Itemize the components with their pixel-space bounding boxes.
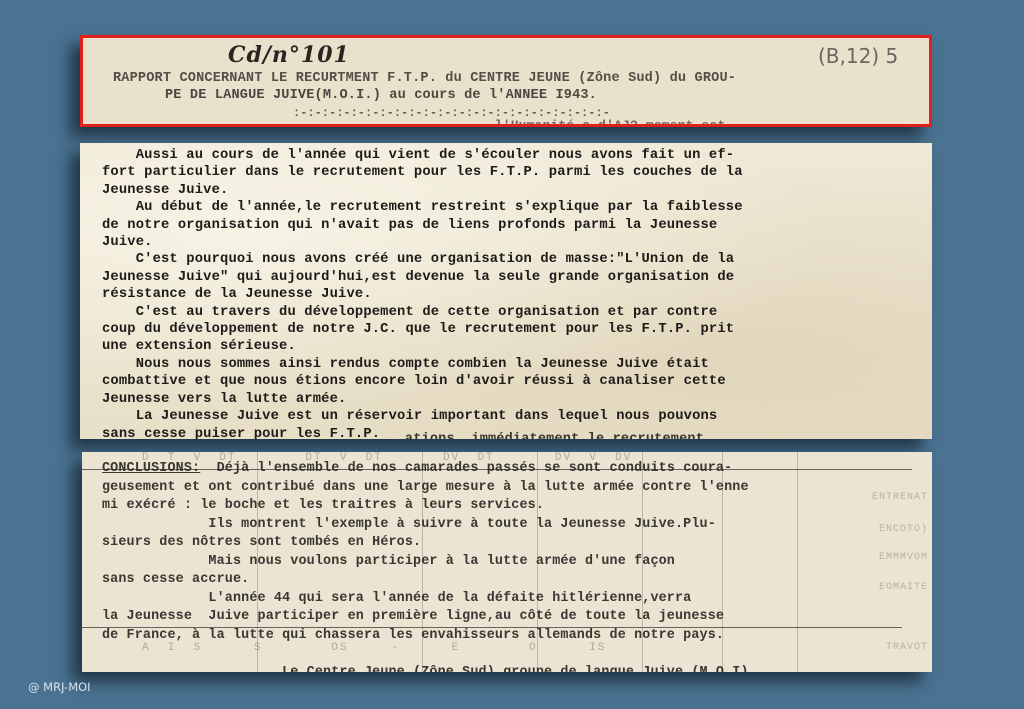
typed-line: fort particulier dans le recrutement pou…	[102, 164, 743, 181]
typed-line	[102, 645, 749, 664]
typed-line: sieurs des nôtres sont tombés en Héros.	[102, 534, 749, 553]
typed-line: Juive.	[102, 234, 743, 251]
form-stamp-text: TRAVOT	[886, 642, 928, 653]
typed-line: la Jeunesse Juive participer en première…	[102, 608, 749, 627]
typed-line: résistance de la Jeunesse Juive.	[102, 286, 743, 303]
typed-line: Aussi au cours de l'année qui vient de s…	[102, 147, 743, 164]
typed-line: Nous nous sommes ainsi rendus compte com…	[102, 356, 743, 373]
copyright-credit: @ MRJ-MOI	[28, 680, 91, 694]
form-stamp-text: ENCOTO)	[879, 524, 928, 535]
typed-line: CONCLUSIONS: Déjà l'ensemble de nos cama…	[102, 460, 749, 479]
typed-line: mi exécré : le boche et les traitres à l…	[102, 497, 749, 516]
conclusion-paragraphs: CONCLUSIONS: Déjà l'ensemble de nos cama…	[102, 460, 749, 672]
conclusion-heading: CONCLUSIONS:	[102, 461, 200, 476]
typed-line: Jeunesse vers la lutte armée.	[102, 391, 743, 408]
typed-line: L'année 44 qui sera l'année de la défait…	[102, 590, 749, 609]
typed-line: Ils montrent l'exemple à suivre à toute …	[102, 516, 749, 535]
typed-line: de France, à la lutte qui chassera les e…	[102, 627, 749, 646]
report-title-line-1: RAPPORT CONCERNANT LE RECURTMENT F.T.P. …	[113, 71, 736, 87]
cut-off-text-line: ... l'Humanité a d'AJ? moment est	[463, 118, 725, 127]
typed-line: Mais nous voulons participer à la lutte …	[102, 553, 749, 572]
typed-line: combattive et que nous étions encore loi…	[102, 373, 743, 390]
typed-line: Au début de l'année,le recrutement restr…	[102, 199, 743, 216]
document-conclusion-excerpt: D T V DT DT V DT DV DT DV V DV A I S S O…	[82, 452, 932, 672]
form-grid-line	[797, 452, 798, 672]
form-stamp-text: ENTRENAT	[872, 492, 928, 503]
form-stamp-text: EMMMVOM	[879, 552, 928, 563]
document-body-excerpt: Aussi au cours de l'année qui vient de s…	[80, 143, 932, 439]
typed-line: coup du développement de notre J.C. que …	[102, 321, 743, 338]
typed-line: Le Centre Jeune (Zône Sud) groupe de lan…	[102, 664, 749, 673]
typed-line: Jeunesse Juive.	[102, 182, 743, 199]
body-paragraphs: Aussi au cours de l'année qui vient de s…	[102, 147, 743, 439]
typed-line: de notre organisation qui n'avait pas de…	[102, 217, 743, 234]
typed-line: C'est au travers du développement de cet…	[102, 304, 743, 321]
typed-line: C'est pourquoi nous avons créé une organ…	[102, 251, 743, 268]
typed-line: geusement et ont contribué dans une larg…	[102, 479, 749, 498]
form-stamp-text: EOMAITE	[879, 582, 928, 593]
archive-code: (B,12) 5	[818, 44, 898, 68]
typed-line: La Jeunesse Juive est un réservoir impor…	[102, 408, 743, 425]
handwritten-reference-number: Cd/n°101	[228, 42, 350, 68]
document-header-excerpt: Cd/n°101 (B,12) 5 RAPPORT CONCERNANT LE …	[80, 35, 932, 127]
typed-line: Jeunesse Juive" qui aujourd'hui,est deve…	[102, 269, 743, 286]
report-title-line-2: PE DE LANGUE JUIVE(M.O.I.) au cours de l…	[165, 88, 597, 104]
typed-line: une extension sérieuse.	[102, 338, 743, 355]
cut-off-text-line: ...ations, immédiatement le recrutement.…	[380, 432, 729, 439]
typed-line: sans cesse accrue.	[102, 571, 749, 590]
typed-line-text: Déjà l'ensemble de nos camarades passés …	[200, 461, 732, 476]
